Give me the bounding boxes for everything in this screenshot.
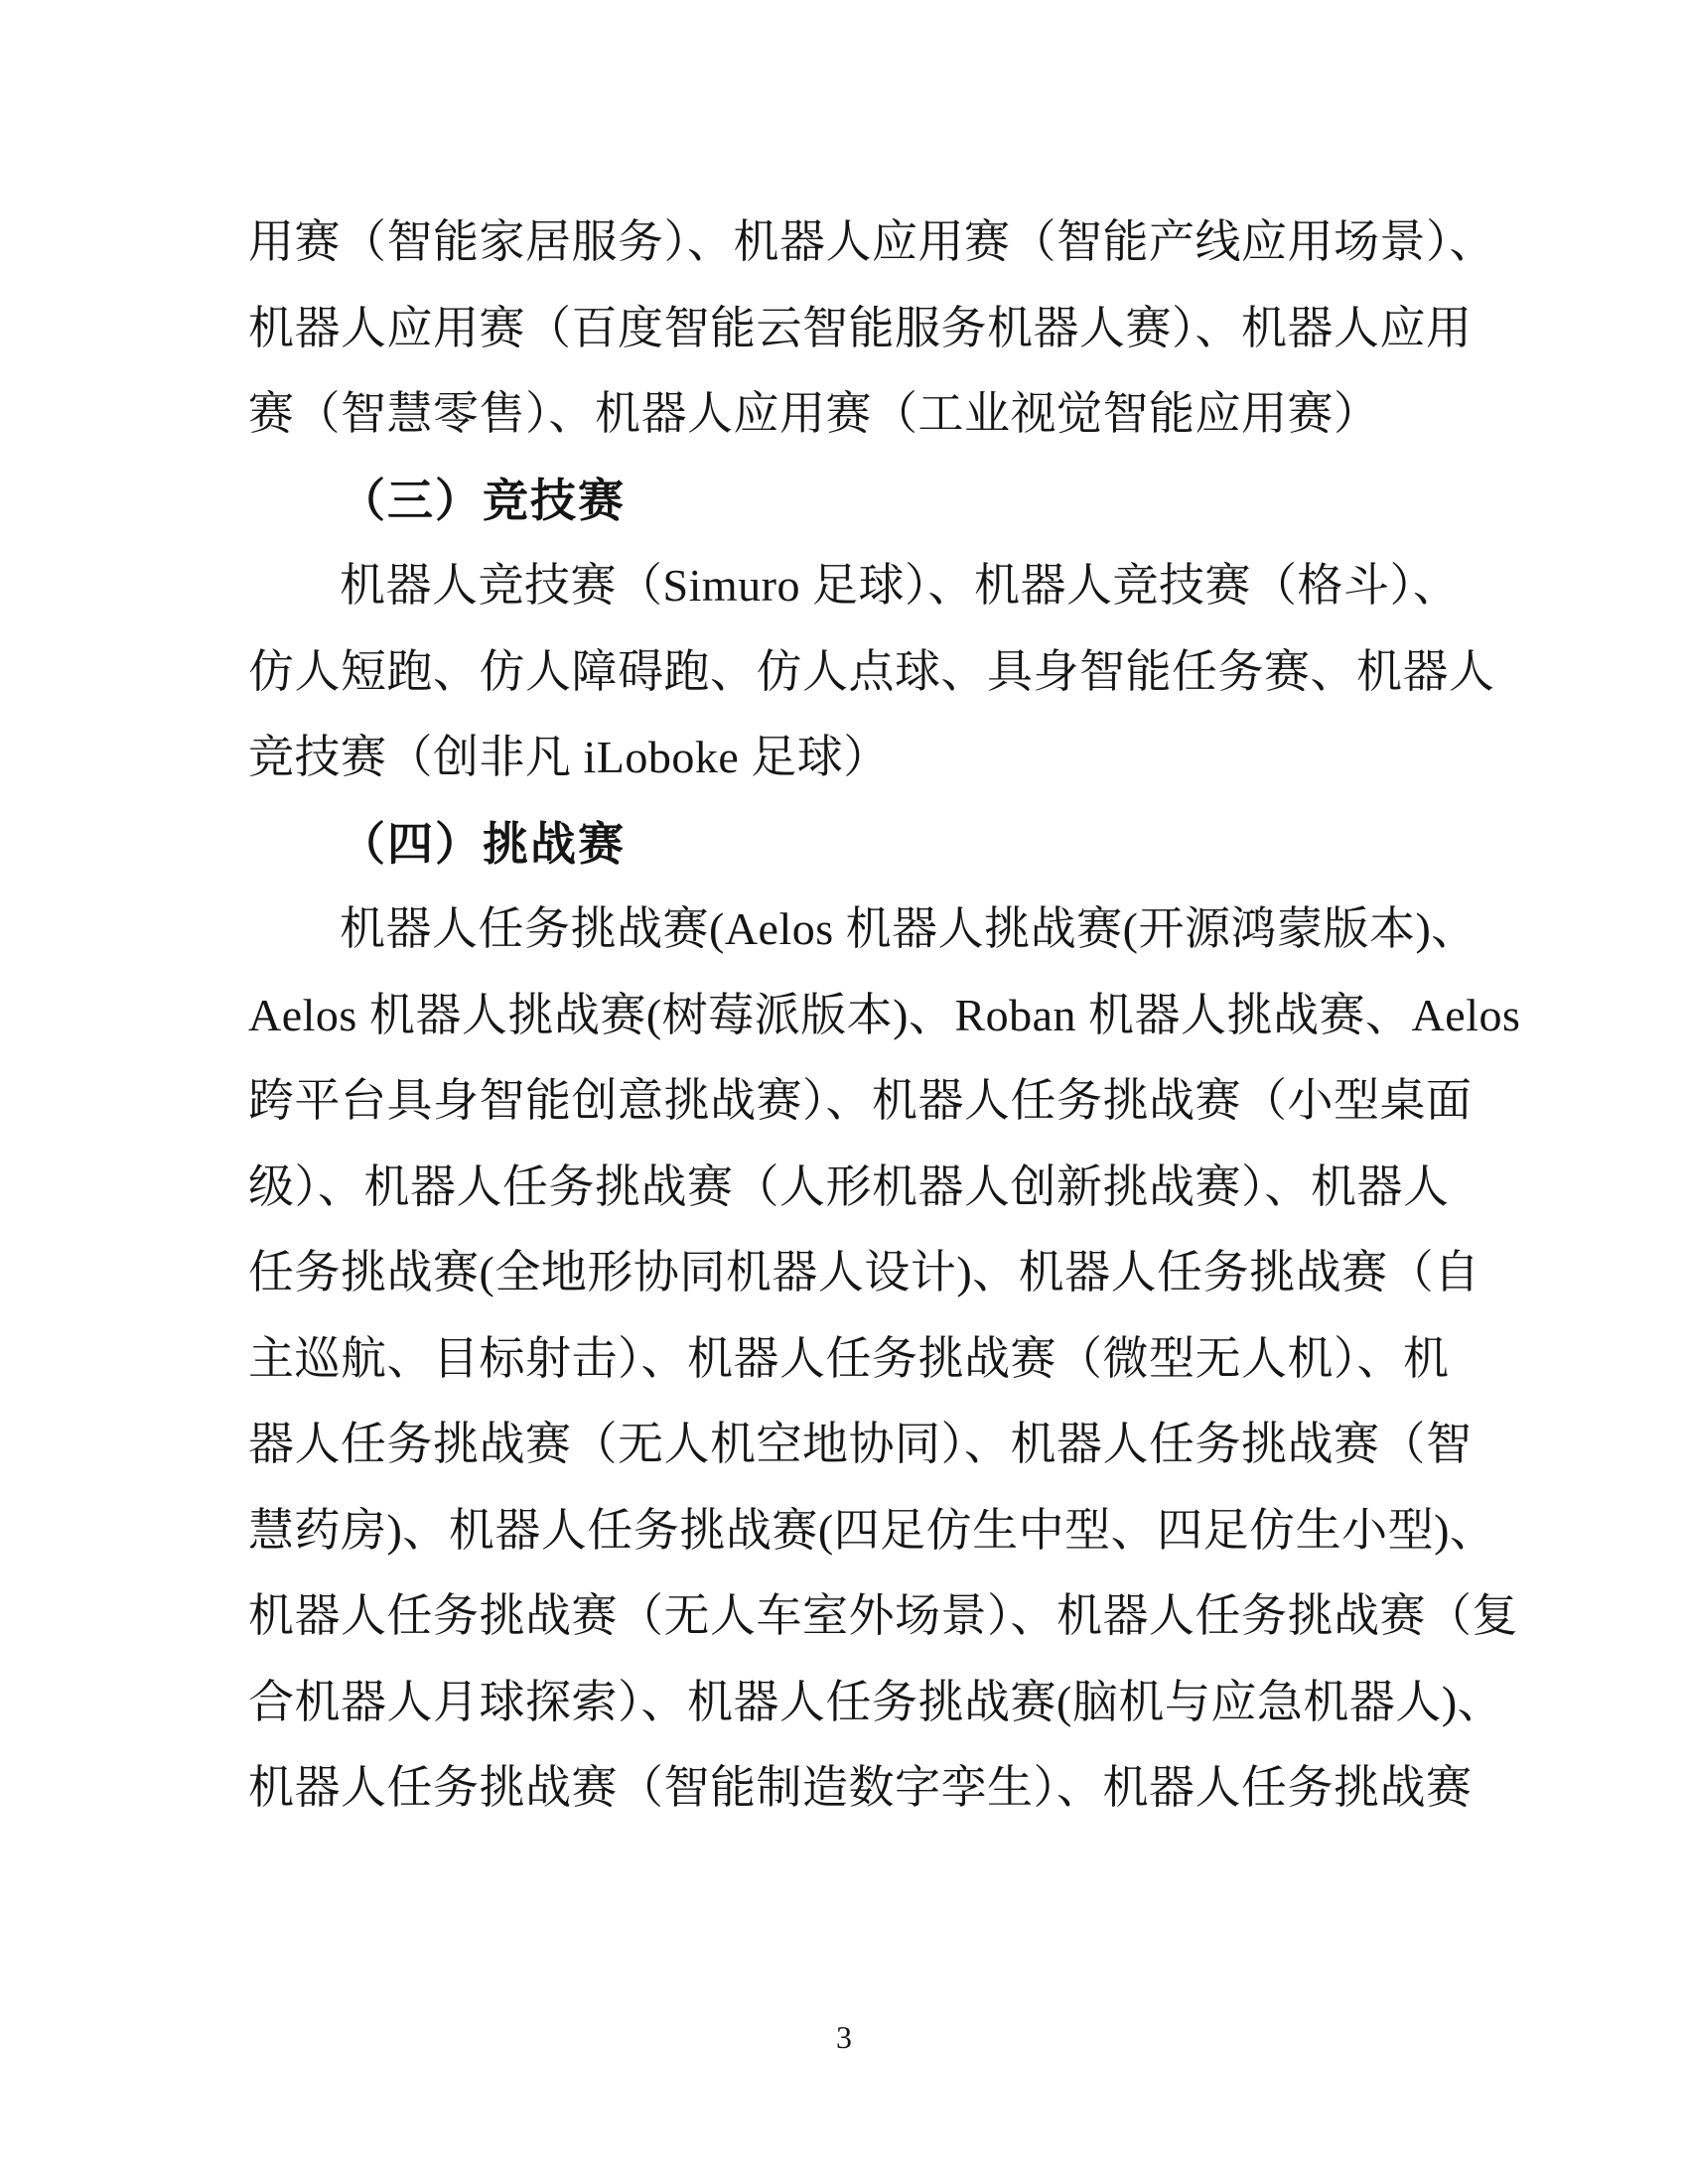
body-line-continued: 用赛（智能家居服务）、机器人应用赛（智能产线应用场景）、 — [248, 200, 1450, 286]
body-line: 机器人应用赛（百度智能云智能服务机器人赛）、机器人应用 — [248, 286, 1450, 372]
section-heading-challenge: （四）挑战赛 — [248, 801, 1450, 887]
body-line: 任务挑战赛(全地形协同机器人设计)、机器人任务挑战赛（自 — [248, 1230, 1450, 1316]
document-body: 用赛（智能家居服务）、机器人应用赛（智能产线应用场景）、 机器人应用赛（百度智能… — [248, 200, 1450, 1832]
body-line: 器人任务挑战赛（无人机空地协同）、机器人任务挑战赛（智 — [248, 1402, 1450, 1488]
page-footer: 3 — [0, 2017, 1688, 2057]
body-line: 跨平台具身智能创意挑战赛）、机器人任务挑战赛（小型桌面 — [248, 1058, 1450, 1145]
body-line: 慧药房)、机器人任务挑战赛(四足仿生中型、四足仿生小型)、 — [248, 1488, 1450, 1574]
body-line: 赛（智慧零售）、机器人应用赛（工业视觉智能应用赛） — [248, 371, 1450, 458]
body-line: Aelos 机器人挑战赛(树莓派版本)、Roban 机器人挑战赛、Aelos — [248, 973, 1450, 1059]
body-line: 合机器人月球探索）、机器人任务挑战赛(脑机与应急机器人)、 — [248, 1660, 1450, 1746]
document-page: 用赛（智能家居服务）、机器人应用赛（智能产线应用场景）、 机器人应用赛（百度智能… — [0, 0, 1688, 2184]
body-line: 机器人竞技赛（Simuro 足球）、机器人竞技赛（格斗）、 — [248, 543, 1450, 629]
body-line: 机器人任务挑战赛（智能制造数字孪生）、机器人任务挑战赛 — [248, 1745, 1450, 1832]
body-line: 主巡航、目标射击）、机器人任务挑战赛（微型无人机）、机 — [248, 1316, 1450, 1403]
section-heading-competition: （三）竞技赛 — [248, 458, 1450, 544]
page-number: 3 — [836, 2019, 852, 2055]
body-line: 级）、机器人任务挑战赛（人形机器人创新挑战赛）、机器人 — [248, 1145, 1450, 1231]
body-line: 竞技赛（创非凡 iLoboke 足球） — [248, 715, 1450, 801]
body-line: 仿人短跑、仿人障碍跑、仿人点球、具身智能任务赛、机器人 — [248, 629, 1450, 716]
body-line: 机器人任务挑战赛(Aelos 机器人挑战赛(开源鸿蒙版本)、 — [248, 887, 1450, 973]
body-line: 机器人任务挑战赛（无人车室外场景）、机器人任务挑战赛（复 — [248, 1573, 1450, 1660]
